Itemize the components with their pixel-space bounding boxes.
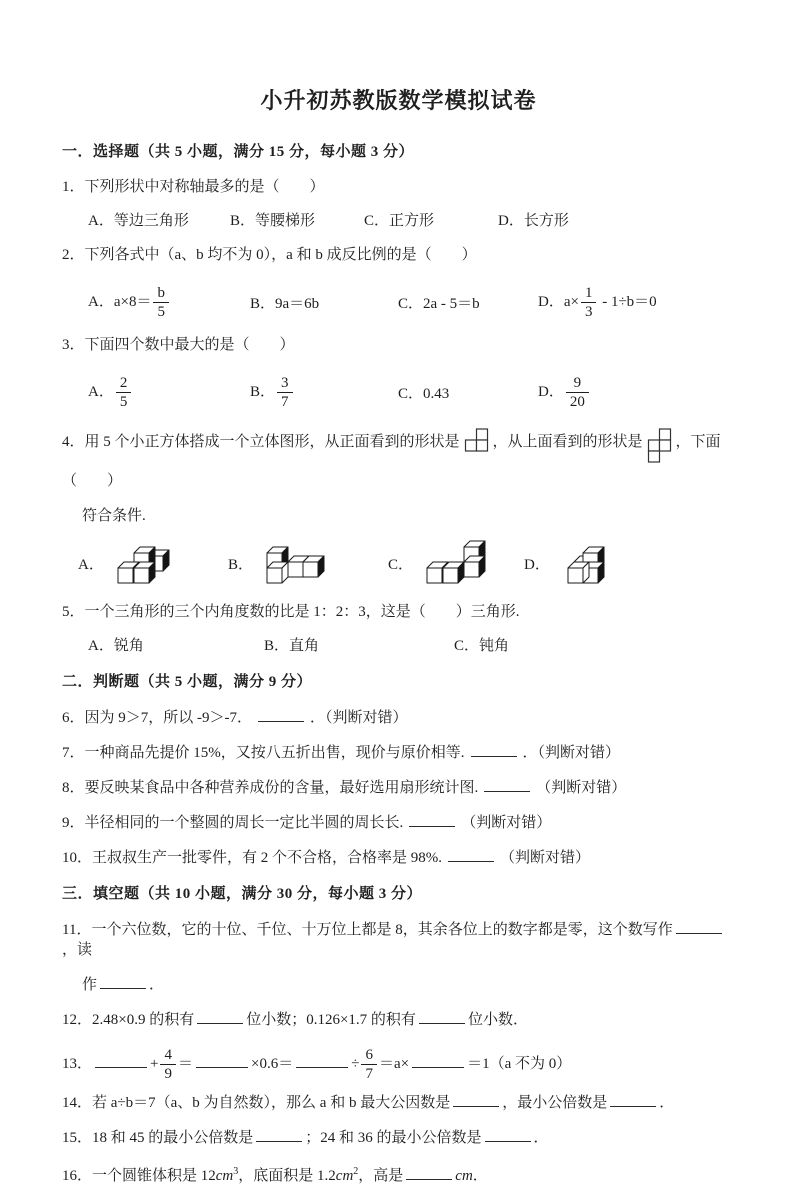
q5-option-a: A．锐角 bbox=[88, 636, 264, 656]
cube-figure-b bbox=[263, 540, 326, 586]
q15-text: 15．18 和 45 的最小公倍数是 bbox=[62, 1130, 253, 1146]
q4-option-c-label: C． bbox=[388, 553, 413, 574]
q4-stem-line2: 符合条件. bbox=[82, 506, 735, 526]
q8-suffix: （判断对错） bbox=[536, 780, 626, 796]
q5-option-c: C．钝角 bbox=[454, 636, 509, 656]
q4-option-d: D． bbox=[524, 540, 606, 586]
q8-text: 8．要反映某食品中各种营养成份的含量，最好选用扇形统计图. bbox=[62, 780, 478, 796]
fraction-b-5: b5 bbox=[153, 285, 169, 320]
q1-option-a: A．等边三角形 bbox=[88, 211, 230, 231]
q10-text: 10．王叔叔生产一批零件，有 2 个不合格，合格率是 98%. bbox=[62, 850, 442, 866]
q9-answer-blank bbox=[409, 812, 455, 827]
q1-stem: 1．下列形状中对称轴最多的是（ ） bbox=[62, 177, 735, 197]
q16-text: 16．一个圆锥体积是 12 bbox=[62, 1168, 216, 1184]
q14-text2: ，最小公倍数是 bbox=[502, 1095, 607, 1111]
q13-answer-blank-1 bbox=[95, 1053, 147, 1068]
q11-line2: 作． bbox=[82, 974, 735, 995]
q4-stem-text2: ，从上面看到的形状是 bbox=[493, 434, 643, 450]
q6-text: 6．因为 9＞7，所以 -9＞-7． bbox=[62, 710, 252, 726]
q13-equals-1: ＝ bbox=[178, 1056, 193, 1072]
q13-equals-a-times: ＝a× bbox=[379, 1056, 409, 1072]
q4-option-a: A． bbox=[78, 540, 228, 586]
q16: 16．一个圆锥体积是 12cm3，底面积是 1.2cm2，高是cm． bbox=[62, 1162, 735, 1186]
q1-option-c: C．正方形 bbox=[364, 211, 498, 231]
exam-page: 小升初苏教版数学模拟试卷 一．选择题（共 5 小题，满分 15 分，每小题 3 … bbox=[0, 0, 793, 1186]
q11-line1: 11．一个六位数，它的十位、千位、十万位上都是 8，其余各位上的数字都是零，这个… bbox=[62, 919, 735, 960]
q2-option-a-text: A．a×8＝ bbox=[88, 293, 151, 309]
q2-option-b: B．9a＝6b bbox=[250, 292, 398, 313]
q11-suffix: ． bbox=[149, 977, 164, 993]
q15-suffix: ． bbox=[534, 1130, 549, 1146]
q7-answer-blank bbox=[471, 742, 517, 757]
q14-suffix: ． bbox=[659, 1095, 674, 1111]
q10-answer-blank bbox=[448, 847, 494, 862]
q5-options: A．锐角 B．直角 C．钝角 bbox=[62, 636, 735, 656]
q4-stem-text1: 4．用 5 个小正方体搭成一个立体图形，从正面看到的形状是 bbox=[62, 434, 460, 450]
q10: 10．王叔叔生产一批零件，有 2 个不合格，合格率是 98%.（判断对错） bbox=[62, 847, 735, 868]
q13-plus-sign: + bbox=[150, 1056, 158, 1072]
cube-figure-c bbox=[423, 540, 487, 586]
fraction-2-5: 25 bbox=[116, 375, 132, 410]
q14-text: 14．若 a÷b＝7（a、b 为自然数），那么 a 和 b 最大公因数是 bbox=[62, 1095, 450, 1111]
section1-heading: 一．选择题（共 5 小题，满分 15 分，每小题 3 分） bbox=[62, 142, 735, 162]
q2-option-d-text: D．a× bbox=[538, 293, 579, 309]
q13-answer-blank-4 bbox=[412, 1053, 464, 1068]
q16-answer-blank bbox=[406, 1165, 452, 1180]
q14: 14．若 a÷b＝7（a、b 为自然数），那么 a 和 b 最大公因数是，最小公… bbox=[62, 1092, 735, 1113]
q2-option-c: C．2a - 5＝b bbox=[398, 292, 538, 313]
q12: 12．2.48×0.9 的积有位小数；0.126×1.7 的积有位小数． bbox=[62, 1009, 735, 1030]
q1-option-b: B．等腰梯形 bbox=[230, 211, 364, 231]
q2-option-d: D．a×13 - 1÷b＝0 bbox=[538, 285, 657, 320]
q3-options: A．25 B．37 C．0.43 D．920 bbox=[62, 369, 735, 415]
q13: 13．+49＝×0.6＝÷67＝a×＝1（a 不为 0） bbox=[62, 1044, 735, 1084]
fraction-6-7: 67 bbox=[361, 1047, 377, 1082]
q4-stem: 4．用 5 个小正方体搭成一个立体图形，从正面看到的形状是，从上面看到的形状是，… bbox=[62, 425, 735, 498]
q11-answer-blank-2 bbox=[100, 974, 146, 989]
section2-heading: 二．判断题（共 5 小题，满分 9 分） bbox=[62, 672, 735, 692]
q1-options: A．等边三角形 B．等腰梯形 C．正方形 D．长方形 bbox=[62, 211, 735, 231]
q3-option-d: D．920 bbox=[538, 375, 591, 410]
q12-answer-blank-2 bbox=[419, 1009, 465, 1024]
q15: 15．18 和 45 的最小公倍数是；24 和 36 的最小公倍数是． bbox=[62, 1127, 735, 1148]
q12-answer-blank-1 bbox=[197, 1009, 243, 1024]
section3-heading: 三．填空题（共 10 小题，满分 30 分，每小题 3 分） bbox=[62, 884, 735, 904]
q13-answer-blank-2 bbox=[196, 1053, 248, 1068]
q4-option-a-label: A． bbox=[78, 553, 104, 574]
q15-text2: ；24 和 36 的最小公倍数是 bbox=[305, 1130, 481, 1146]
q16-cm3-unit: cm bbox=[216, 1168, 234, 1184]
fraction-3-7: 37 bbox=[277, 375, 293, 410]
q3-option-b-label: B． bbox=[250, 383, 275, 399]
q1-option-d: D．长方形 bbox=[498, 211, 569, 231]
q2-option-d-text2: - 1÷b＝0 bbox=[598, 293, 656, 309]
q15-answer-blank-2 bbox=[485, 1127, 531, 1142]
q9-suffix: （判断对错） bbox=[461, 815, 551, 831]
q16-cm2-unit: cm bbox=[336, 1168, 354, 1184]
q13-divide-sign: ÷ bbox=[351, 1056, 359, 1072]
q16-suffix: ． bbox=[473, 1168, 488, 1184]
q7: 7．一种商品先提价 15%，又按八五折出售，现价与原价相等.．（判断对错） bbox=[62, 742, 735, 763]
q9: 9．半径相同的一个整圆的周长一定比半圆的周长长.（判断对错） bbox=[62, 812, 735, 833]
q14-answer-blank-1 bbox=[453, 1092, 499, 1107]
fraction-4-9: 49 bbox=[160, 1047, 176, 1082]
q12-text2: 位小数；0.126×1.7 的积有 bbox=[246, 1012, 416, 1028]
q2-options: A．a×8＝b5 B．9a＝6b C．2a - 5＝b D．a×13 - 1÷b… bbox=[62, 279, 735, 325]
q16-text2: ，底面积是 1.2 bbox=[238, 1168, 336, 1184]
q3-option-c: C．0.43 bbox=[398, 382, 538, 403]
q7-text: 7．一种商品先提价 15%，又按八五折出售，现价与原价相等. bbox=[62, 745, 465, 761]
q8: 8．要反映某食品中各种营养成份的含量，最好选用扇形统计图.（判断对错） bbox=[62, 777, 735, 798]
q11-text3: 作 bbox=[82, 977, 97, 993]
q11-text: 11．一个六位数，它的十位、千位、十万位上都是 8，其余各位上的数字都是零，这个… bbox=[62, 922, 673, 938]
q6-suffix: ．（判断对错） bbox=[310, 710, 408, 726]
q16-cm-unit: cm bbox=[455, 1168, 473, 1184]
q6: 6．因为 9＞7，所以 -9＞-7．．（判断对错） bbox=[62, 707, 735, 728]
q4-option-c: C． bbox=[388, 540, 524, 586]
q4-option-b: B． bbox=[228, 540, 388, 586]
fraction-1-3: 13 bbox=[581, 285, 597, 320]
page-title: 小升初苏教版数学模拟试卷 bbox=[62, 86, 735, 116]
q5-stem: 5．一个三角形的三个内角度数的比是 1：2：3，这是（ ）三角形. bbox=[62, 602, 735, 622]
q2-option-a: A．a×8＝b5 bbox=[88, 285, 250, 320]
top-view-figure bbox=[647, 428, 672, 464]
q3-option-a-label: A． bbox=[88, 383, 114, 399]
q7-suffix: ．（判断对错） bbox=[523, 745, 621, 761]
fraction-9-20: 920 bbox=[566, 375, 589, 410]
q8-answer-blank bbox=[484, 777, 530, 792]
q4-option-d-label: D． bbox=[524, 553, 550, 574]
q6-answer-blank bbox=[258, 707, 304, 722]
q2-stem: 2．下列各式中（a、b 均不为 0），a 和 b 成反比例的是（ ） bbox=[62, 245, 735, 265]
q3-option-b: B．37 bbox=[250, 375, 398, 410]
q13-suffix: ＝1（a 不为 0） bbox=[467, 1056, 571, 1072]
q4-options: A． B． C． bbox=[62, 540, 735, 586]
q3-stem: 3．下面四个数中最大的是（ ） bbox=[62, 335, 735, 355]
q3-option-d-label: D． bbox=[538, 383, 564, 399]
q13-answer-blank-3 bbox=[296, 1053, 348, 1068]
q5-option-b: B．直角 bbox=[264, 636, 454, 656]
q9-text: 9．半径相同的一个整圆的周长一定比半圆的周长长. bbox=[62, 815, 403, 831]
q13-times-06: ×0.6＝ bbox=[251, 1056, 293, 1072]
cube-figure-a bbox=[114, 540, 172, 586]
q4-option-b-label: B． bbox=[228, 553, 253, 574]
q14-answer-blank-2 bbox=[610, 1092, 656, 1107]
q15-answer-blank-1 bbox=[256, 1127, 302, 1142]
q12-suffix: 位小数． bbox=[468, 1012, 528, 1028]
front-view-figure bbox=[464, 428, 489, 453]
q16-text3: ，高是 bbox=[358, 1168, 403, 1184]
cube-figure-d bbox=[560, 540, 606, 586]
q13-number: 13． bbox=[62, 1056, 92, 1072]
q11-answer-blank-1 bbox=[676, 919, 722, 934]
q3-option-a: A．25 bbox=[88, 375, 250, 410]
q12-text: 12．2.48×0.9 的积有 bbox=[62, 1012, 194, 1028]
q11-text2: ，读 bbox=[62, 942, 92, 958]
q10-suffix: （判断对错） bbox=[500, 850, 590, 866]
